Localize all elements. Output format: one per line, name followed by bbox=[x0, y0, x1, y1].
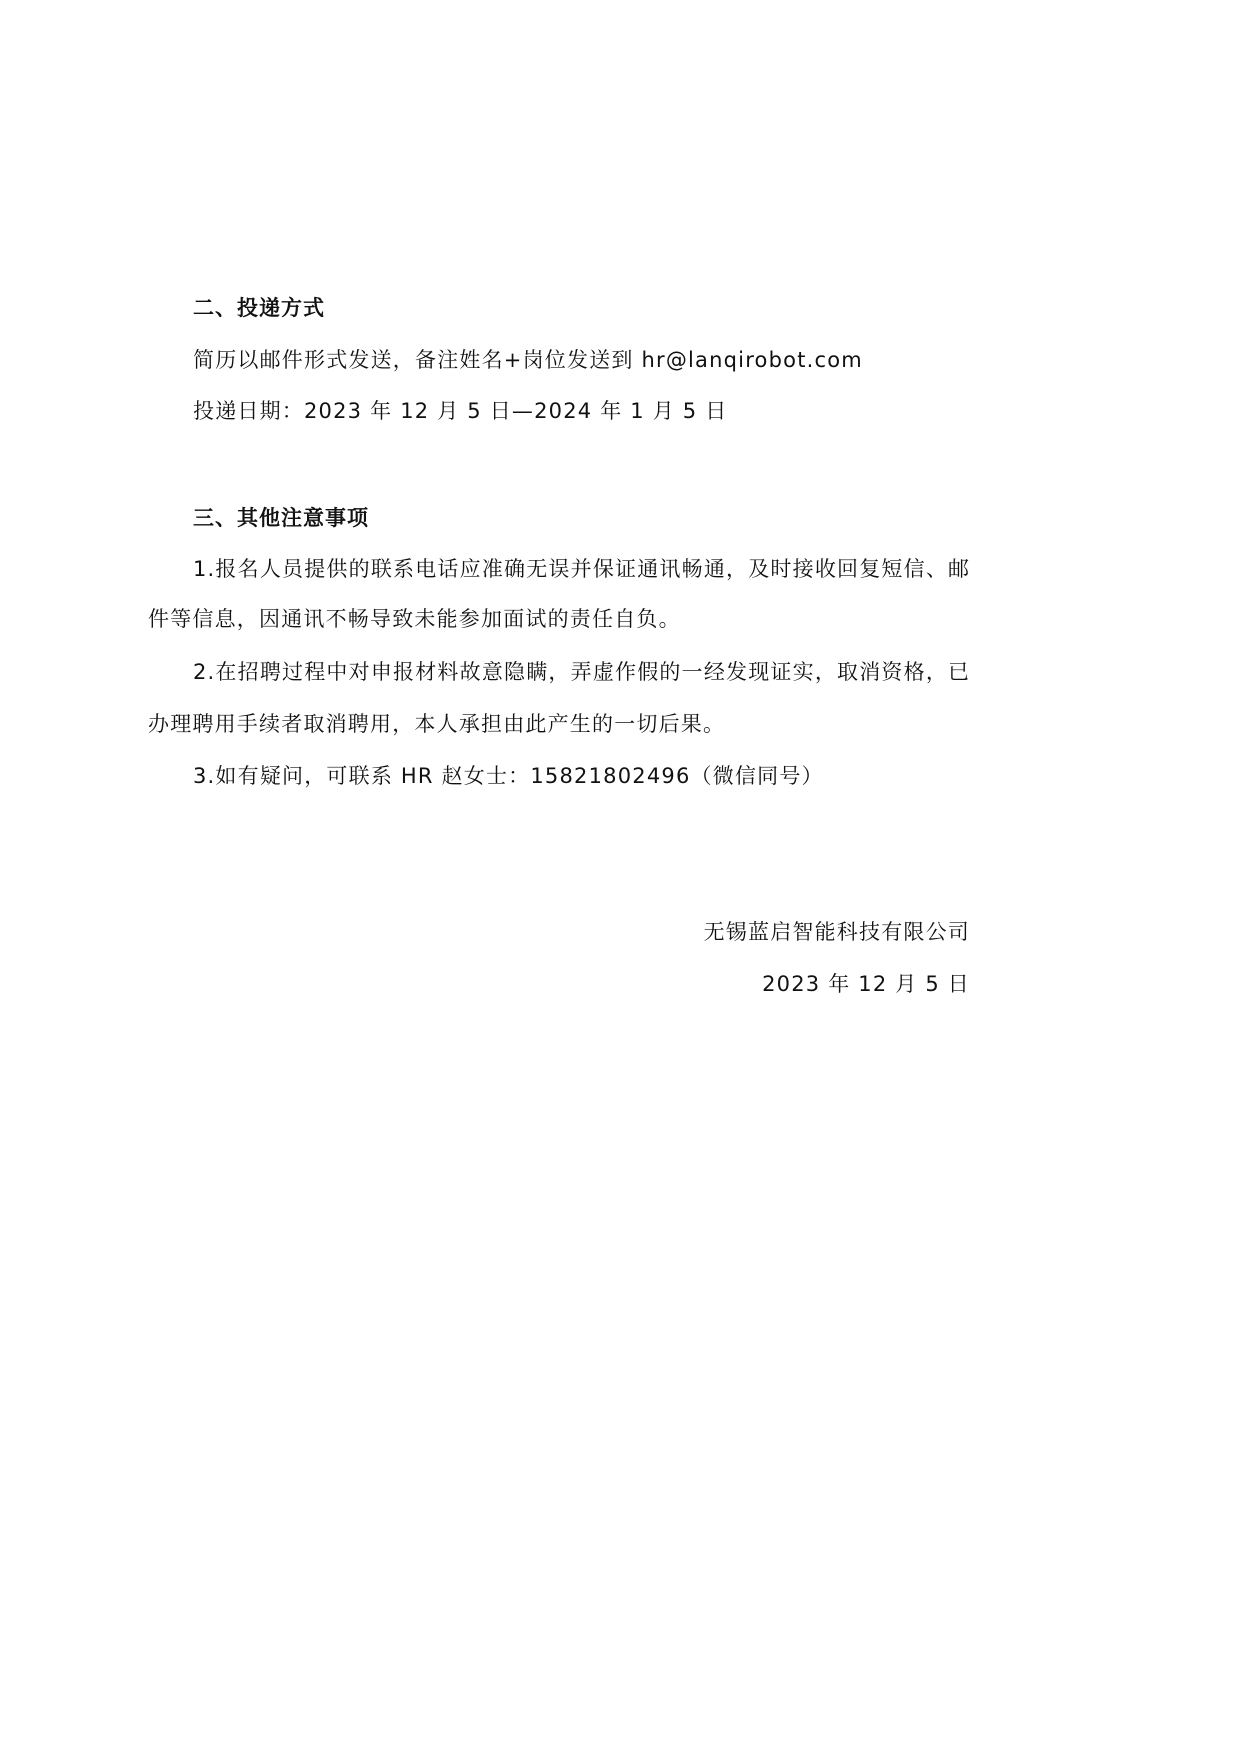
signature-date: 2023 年 12 月 5 日 bbox=[762, 970, 970, 998]
note-item-1-line-1: 1.报名人员提供的联系电话应准确无误并保证通讯畅通，及时接收回复短信、邮 bbox=[193, 555, 970, 583]
note-item-2-line-2: 办理聘用手续者取消聘用，本人承担由此产生的一切后果。 bbox=[148, 710, 725, 738]
signature-company: 无锡蓝启智能科技有限公司 bbox=[704, 918, 970, 946]
note-item-3: 3.如有疑问，可联系 HR 赵女士：15821802496（微信同号） bbox=[193, 762, 824, 790]
section-heading-delivery: 二、投递方式 bbox=[193, 294, 325, 322]
delivery-date-range: 投递日期：2023 年 12 月 5 日—2024 年 1 月 5 日 bbox=[193, 397, 727, 425]
delivery-instruction: 简历以邮件形式发送，备注姓名+岗位发送到 hr@lanqirobot.com bbox=[193, 346, 863, 374]
section-heading-notes: 三、其他注意事项 bbox=[193, 504, 369, 532]
note-item-2-line-1: 2.在招聘过程中对申报材料故意隐瞒，弄虚作假的一经发现证实，取消资格，已 bbox=[193, 658, 970, 686]
note-item-1-line-2: 件等信息，因通讯不畅导致未能参加面试的责任自负。 bbox=[148, 605, 681, 633]
document-page: 二、投递方式 简历以邮件形式发送，备注姓名+岗位发送到 hr@lanqirobo… bbox=[0, 0, 1241, 1755]
